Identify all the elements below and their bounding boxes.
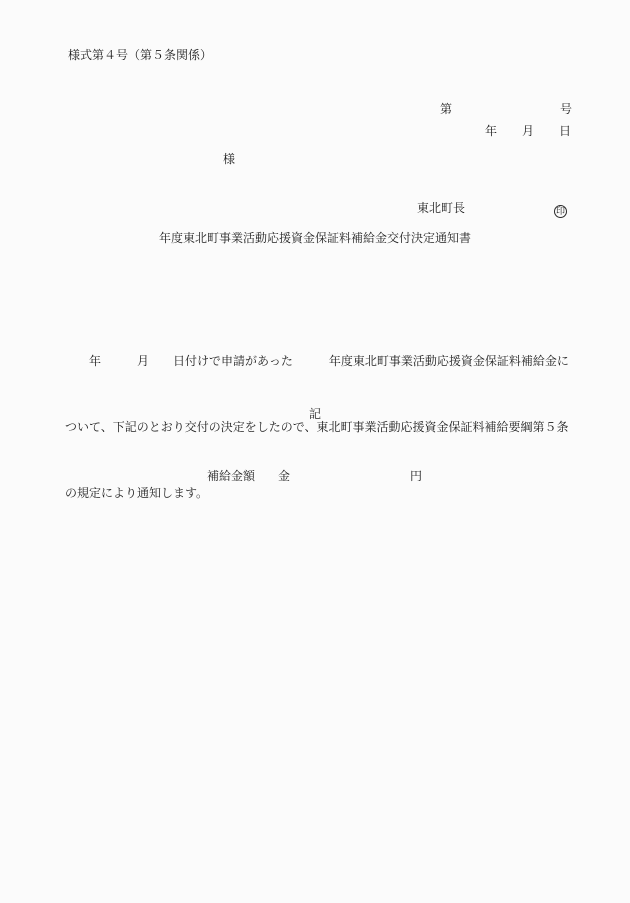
amount-label: 補給金額 [207, 469, 255, 483]
doc-number-prefix: 第 [440, 102, 452, 116]
amount-currency-prefix: 金 [278, 469, 290, 483]
sender-title: 東北町長 [417, 201, 465, 215]
body-line-3: の規定により通知します。 [65, 482, 575, 504]
date-year-label: 年 [485, 124, 497, 138]
amount-currency-suffix: 円 [410, 469, 422, 483]
date-day-label: 日 [559, 124, 571, 138]
sender-line: 東北町長印 [405, 187, 567, 232]
body-paragraph: 年 月 日付けで申請があった 年度東北町事業活動応援資金保証料補給金に ついて、… [65, 306, 575, 548]
record-marker: 記 [0, 407, 630, 421]
document-title: 年度東北町事業活動応援資金保証料補給金交付決定通知書 [0, 231, 630, 245]
date-year-blank-field [497, 134, 522, 135]
issue-date-line: 年月日 [473, 110, 571, 152]
sender-blank-field [465, 211, 554, 212]
date-month-label: 月 [522, 124, 534, 138]
body-line-1: 年 月 日付けで申請があった 年度東北町事業活動応援資金保証料補給金に [65, 350, 575, 372]
addressee-honorific: 様 [223, 152, 235, 166]
date-month-blank-field [534, 134, 559, 135]
seal-icon: 印 [554, 205, 567, 218]
document-page: 様式第４号（第５条関係） 第号 年月日 様 東北町長印 年度東北町事業活動応援資… [0, 0, 630, 903]
form-number: 様式第４号（第５条関係） [68, 48, 212, 62]
amount-blank-field [293, 480, 407, 481]
